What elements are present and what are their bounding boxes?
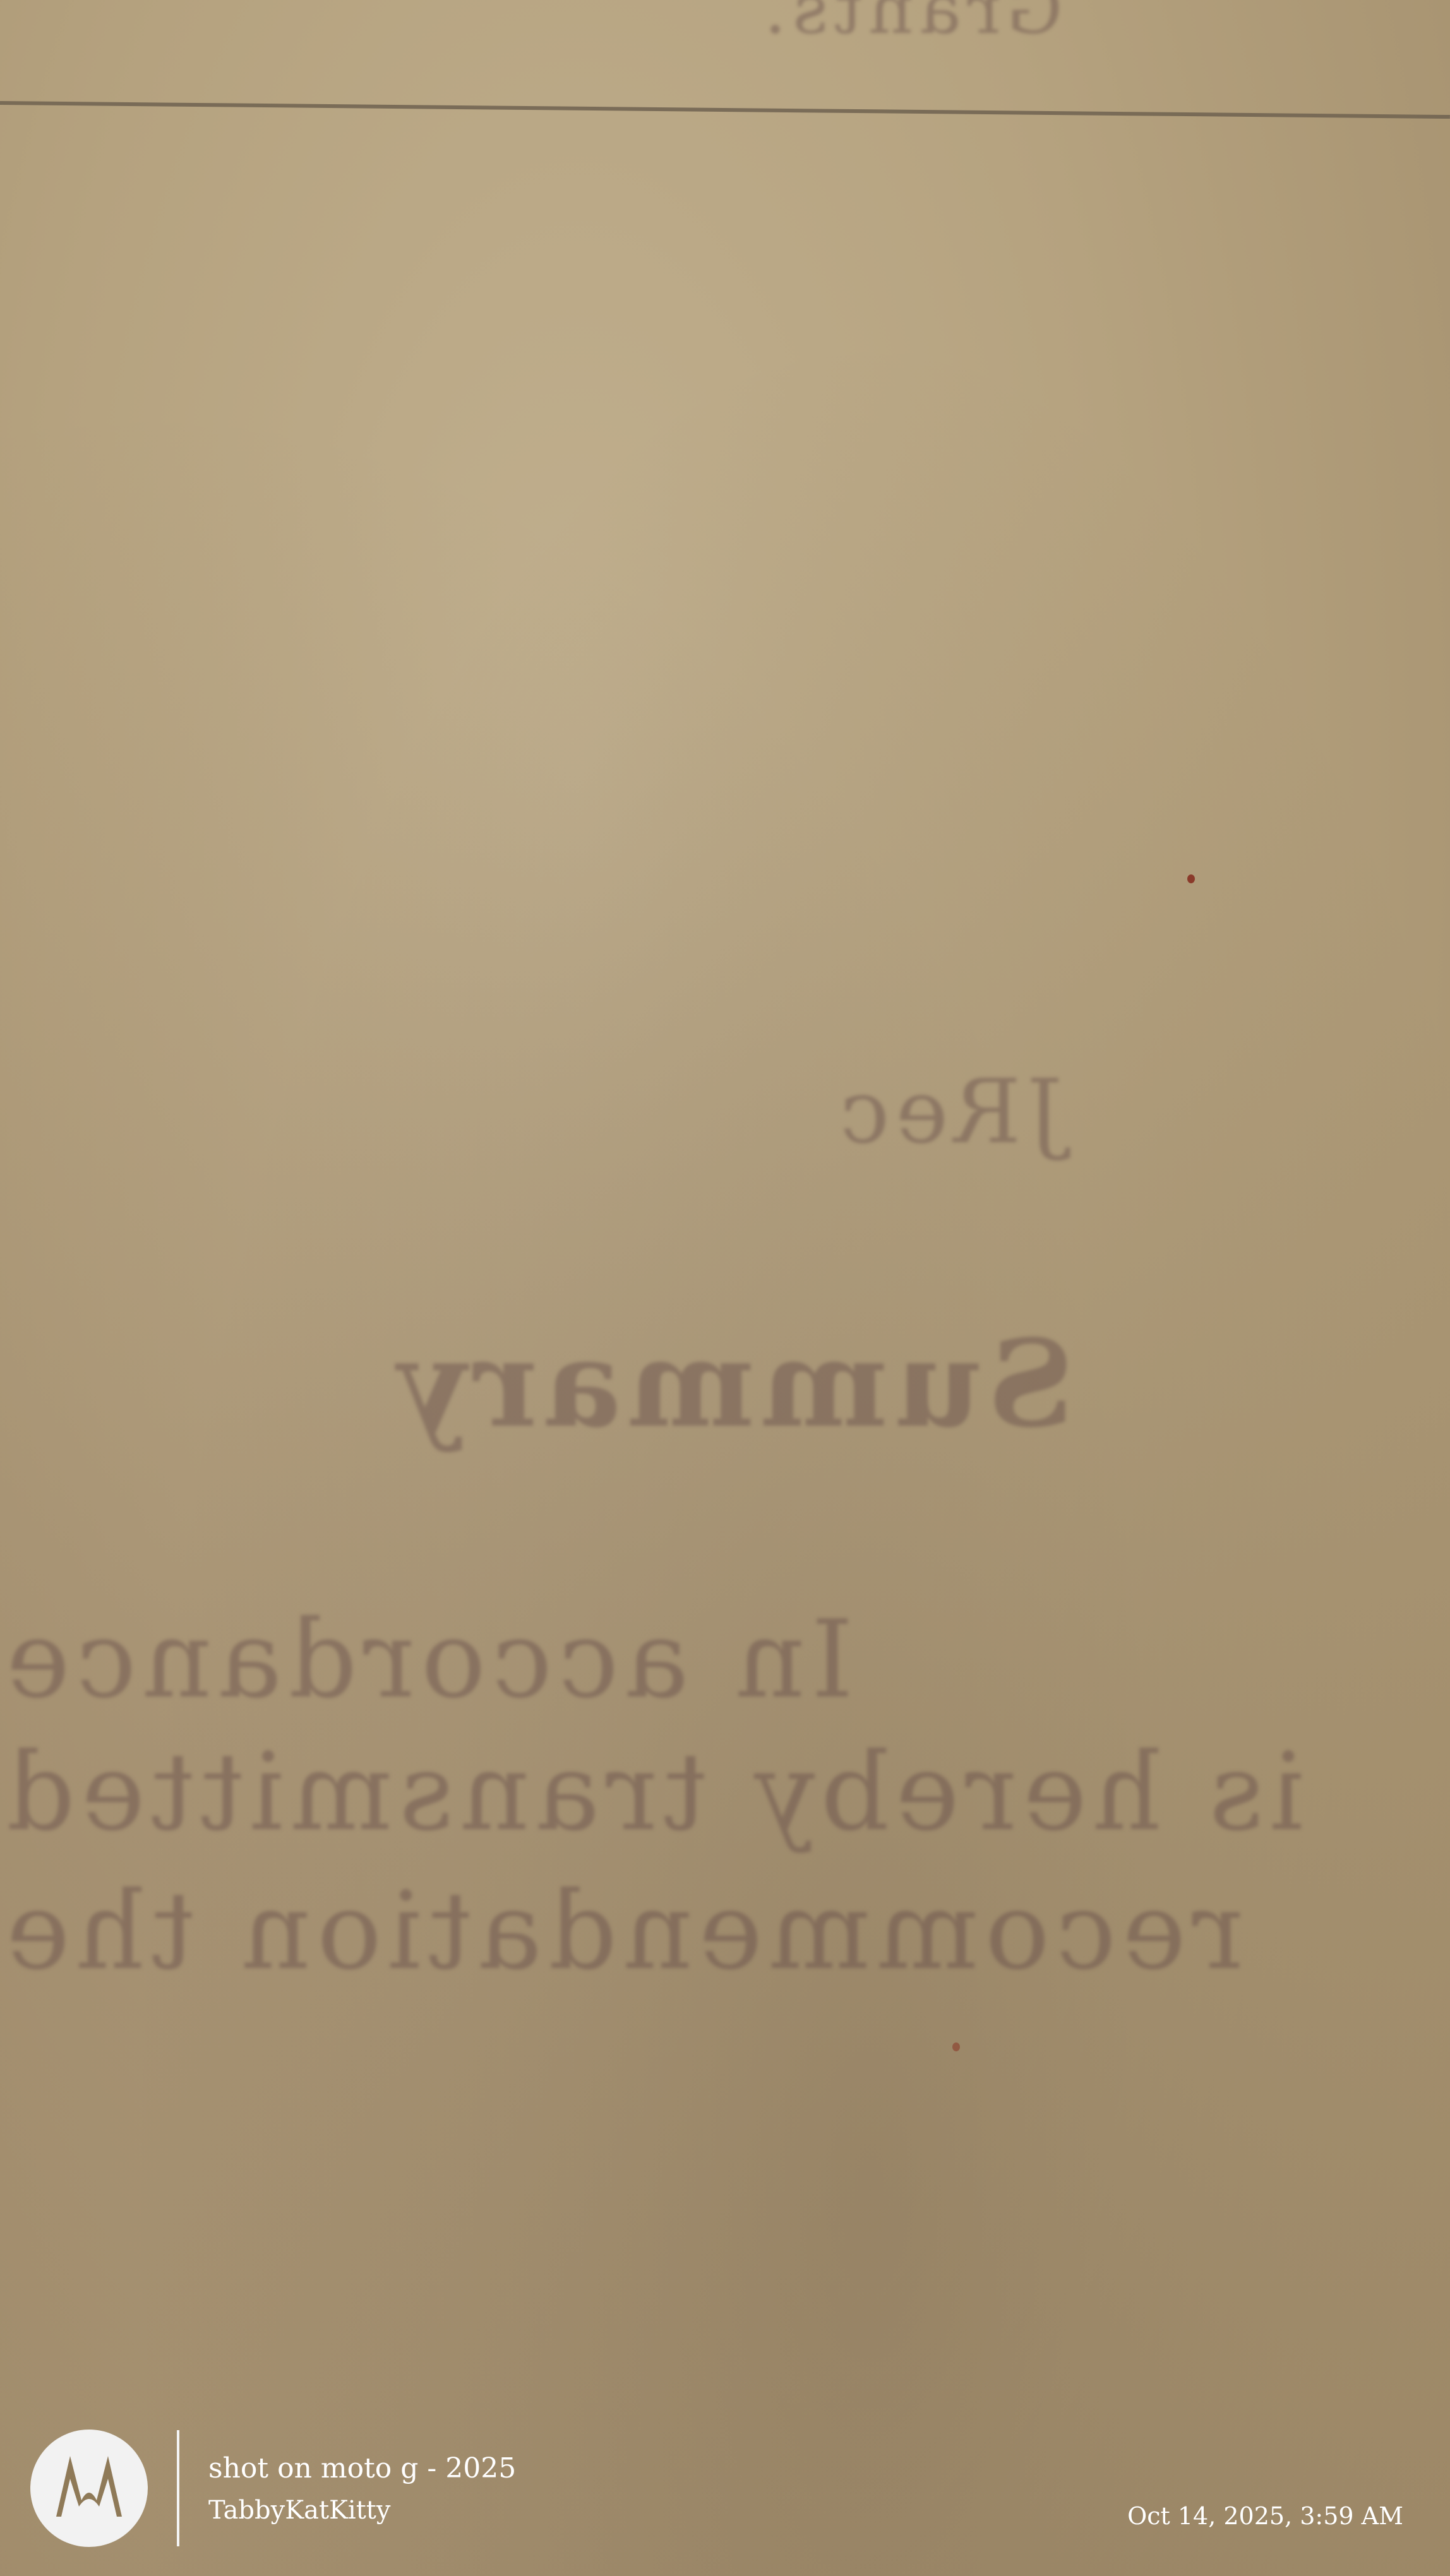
- bleed-text-line: recommendation the: [0, 1869, 1243, 1994]
- ink-spot: [952, 2042, 960, 2051]
- ink-spot: [1187, 874, 1195, 883]
- bleed-text-line: In accordance: [0, 1597, 854, 1722]
- author-label: TabbyKatKitty: [208, 2496, 516, 2525]
- bleed-text-line: is hereby transmitted: [0, 1730, 1305, 1855]
- bleed-text-top: Grants.: [758, 0, 1063, 49]
- bleed-text-heading: Summary: [392, 1313, 1074, 1454]
- motorola-logo-icon: [30, 2430, 148, 2547]
- photo-timestamp: Oct 14, 2025, 3:59 AM: [1127, 2502, 1403, 2530]
- camera-watermark: shot on moto g - 2025 TabbyKatKitty: [30, 2430, 516, 2547]
- device-label: shot on moto g - 2025: [208, 2452, 516, 2484]
- bleed-text-rec: JRec: [834, 1061, 1063, 1164]
- watermark-divider: [177, 2430, 179, 2546]
- paper-background: [0, 0, 1450, 2576]
